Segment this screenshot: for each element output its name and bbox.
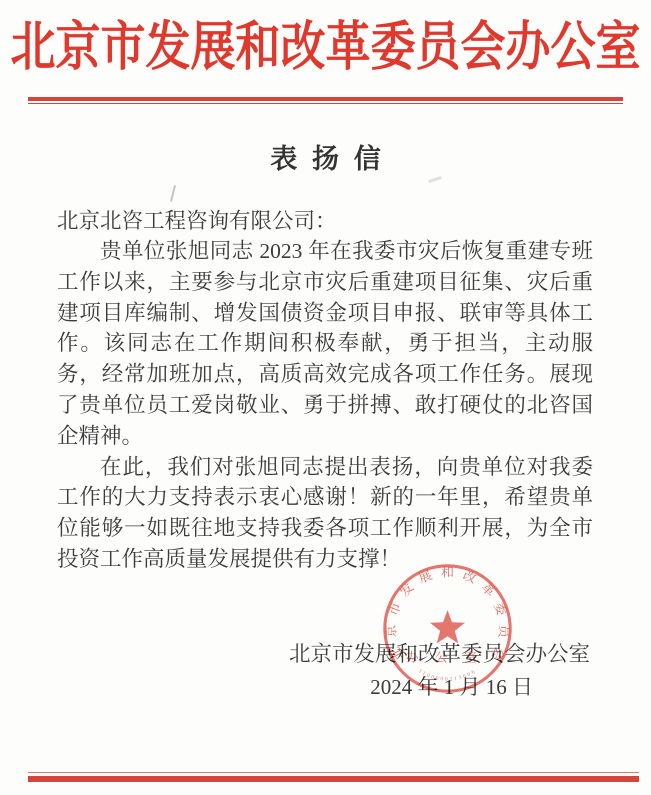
letterhead: 北京市发展和改革委员会办公室 [0,0,651,92]
scan-artifact-smudge [428,176,442,183]
body-paragraph-2: 在此，我们对张旭同志提出表扬，向贵单位对我委工作的大力支持表示衷心感谢！新的一年… [57,452,593,575]
document-title: 表 扬 信 [0,137,651,176]
scanned-letter-page: 北京市发展和改革委员会办公室 表 扬 信 北京北咨工程咨询有限公司： 贵单位张旭… [0,0,651,795]
body-text: 贵单位张旭同志 2023 年在我委市灾后恢复重建专班工作以来，主要参与北京市灾后… [57,236,593,575]
body-paragraph-1: 贵单位张旭同志 2023 年在我委市灾后恢复重建专班工作以来，主要参与北京市灾后… [57,236,593,452]
letterhead-double-rule [28,97,623,104]
closing-block: 北京市发展和改革委员会办公室 2024 年 1 月 16 日 [0,639,651,702]
letterhead-org-name: 北京市发展和改革委员会办公室 [10,14,640,80]
signature-org-name: 北京市发展和改革委员会办公室 [0,639,651,669]
signature-date: 2024 年 1 月 16 日 [0,672,651,702]
scan-artifact-pen-mark [170,185,176,202]
footer-double-rule [28,772,639,782]
salutation: 北京北咨工程咨询有限公司： [57,206,593,236]
